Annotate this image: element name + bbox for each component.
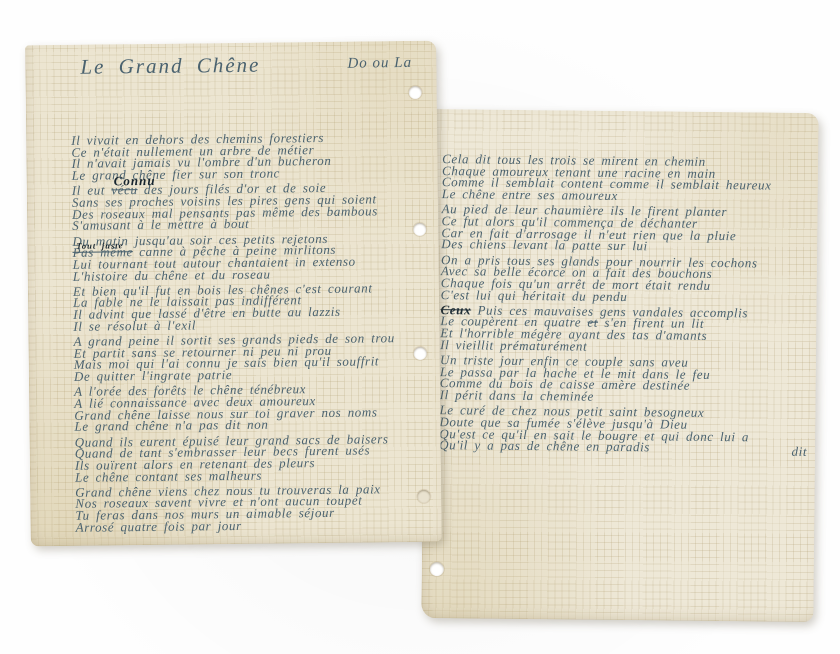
song-title: Le Grand Chêne — [80, 53, 260, 80]
stanza: Du matin jusqu'au soir ces petits rejeto… — [72, 231, 433, 282]
stanza: On a pris tous ses glands pour nourrir l… — [441, 254, 813, 305]
verse-text: Qu'il y a pas de chêne en paradis — [439, 437, 650, 454]
verse-text: Il périt dans la cheminée — [440, 387, 594, 404]
stanza: Au pied de leur chaumière ils le firent … — [441, 203, 813, 254]
musical-key-note: Do ou La — [347, 55, 412, 73]
lyrics-column-left: Il vivait en dehors des chemins forestie… — [71, 131, 436, 537]
verse-line: S'amusant à le mettre à bout — [72, 216, 432, 232]
verse-line: Qu'il y a pas de chêne en paradisdit — [439, 439, 811, 455]
verse-text: C'est lui qui héritait du pendu — [441, 287, 628, 304]
manuscript-page-left: Le Grand Chêne Do ou La Il vivait en deh… — [25, 41, 442, 547]
margin-note: dit — [792, 446, 808, 458]
stanza: Le curé de chez nous petit saint besogne… — [439, 404, 811, 455]
stanza: Et bien qu'il fut en bois les chênes c'e… — [73, 281, 434, 332]
verse-text: Il vieillit prématurément — [440, 337, 587, 354]
stanza: Ceux Puis ces mauvaises gens vandales ac… — [440, 304, 812, 355]
stanza: Quand ils eurent épuisé leur grand sacs … — [75, 432, 436, 483]
manuscript-page-right: Cela dit tous les trois se mirent en che… — [421, 109, 818, 622]
verse-text: S'amusant à le mettre à bout — [72, 216, 249, 233]
stanza: A grand peine il sortit ses grands pieds… — [73, 332, 434, 383]
verse-text: Arrosé quatre fois par jour — [76, 518, 242, 535]
stanza: Un triste jour enfin ce couple sans aveu… — [440, 354, 812, 405]
verse-text: Il se résolut à l'exil — [73, 317, 196, 333]
correction-annotation: Tout juste — [76, 240, 123, 252]
stanza: Cela dit tous les trois se mirent en che… — [442, 153, 814, 204]
verse-line: Arrosé quatre fois par jour — [76, 518, 436, 534]
correction-annotation: Connu — [114, 175, 156, 187]
punch-hole — [430, 562, 444, 576]
verse-line: L'histoire du chêne et du roseau — [73, 266, 433, 282]
verse-line: De quitter l'ingrate patrie — [74, 367, 434, 383]
stanza: Il eut vécu des jours filés d'or et de s… — [72, 181, 433, 232]
verse-text: Le chêne entre ses amoureux — [442, 186, 618, 203]
lyrics-column-right: Cela dit tous les trois se mirent en che… — [439, 153, 814, 458]
punch-hole — [409, 86, 422, 99]
title-row: Le Grand Chêne Do ou La — [25, 49, 436, 88]
stanza: Grand chêne viens chez nous tu trouveras… — [75, 482, 436, 533]
stanza: A l'orée des forêts le chêne ténébreuxA … — [74, 382, 435, 433]
verse-text: De quitter l'ingrate patrie — [74, 367, 232, 384]
verse-line: Le chêne contant ses malheurs — [75, 467, 435, 483]
manuscript-photo: Cela dit tous les trois se mirent en che… — [0, 0, 840, 654]
